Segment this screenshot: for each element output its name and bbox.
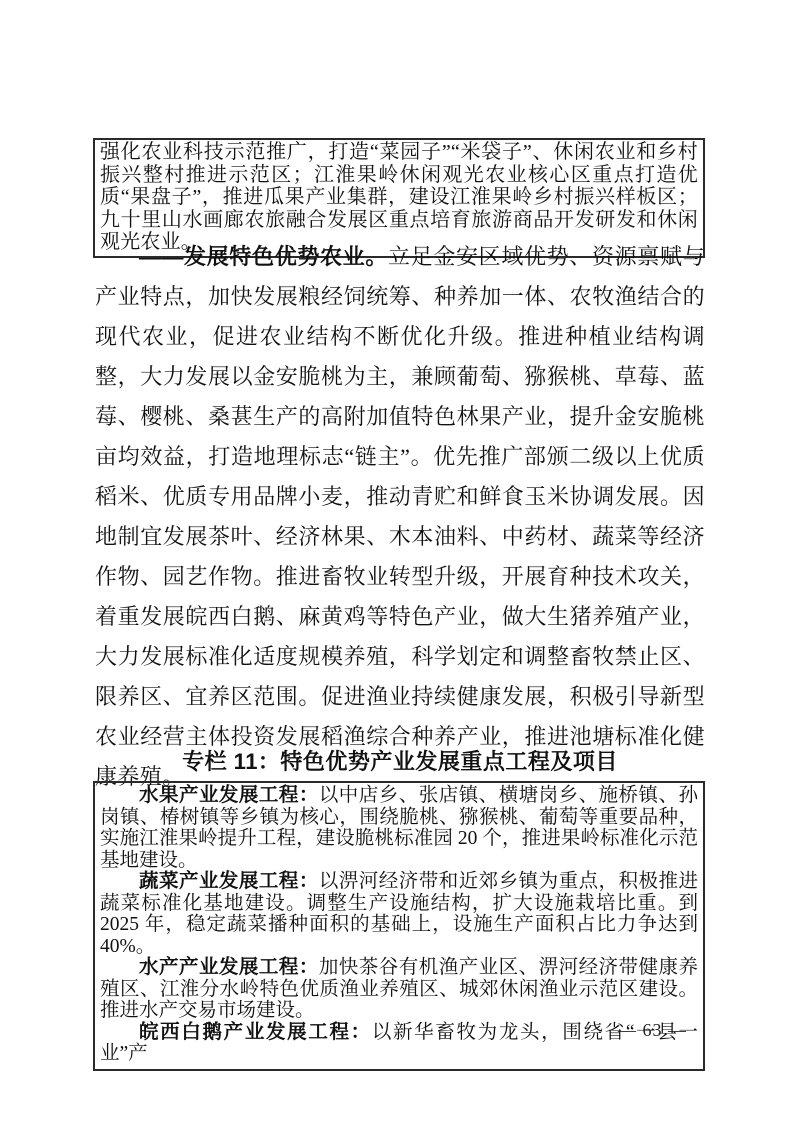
column-item-goose-lead: 皖西白鹅产业发展工程： (139, 1021, 372, 1043)
paragraph-body: 立足金安区域优势、资源禀赋与产业特点，加快发展粮经饲统筹、种养加一体、农牧渔结合… (95, 244, 705, 789)
page-number: — 63 — (600, 1020, 705, 1041)
column-item-fruit-lead: 水果产业发展工程： (139, 784, 319, 806)
column-item-vegetable: 蔬菜产业发展工程：以淠河经济带和近郊乡镇为重点，积极推进蔬菜标准化基地建设。调整… (100, 871, 698, 957)
paragraph-lead: ——发展特色优势农业。 (139, 244, 388, 269)
column-item-aquatic: 水产产业发展工程：加快茶谷有机渔产业区、淠河经济带健康养殖区、江淮分水岭特色优质… (100, 957, 698, 1022)
column-heading: 专栏 11：特色优势产业发展重点工程及项目 (95, 749, 705, 775)
column-item-vegetable-lead: 蔬菜产业发展工程： (139, 870, 319, 892)
body-paragraph: ——发展特色优势农业。立足金安区域优势、资源禀赋与产业特点，加快发展粮经饲统筹、… (95, 237, 705, 797)
column-item-aquatic-lead: 水产产业发展工程： (139, 956, 319, 978)
column-item-fruit: 水果产业发展工程：以中店乡、张店镇、横塘岗乡、施桥镇、孙岗镇、椿树镇等乡镇为核心… (100, 785, 698, 871)
document-page: 强化农业科技示范推广，打造“菜园子”“米袋子”、休闲农业和乡村振兴整村推进示范区… (0, 0, 793, 1122)
